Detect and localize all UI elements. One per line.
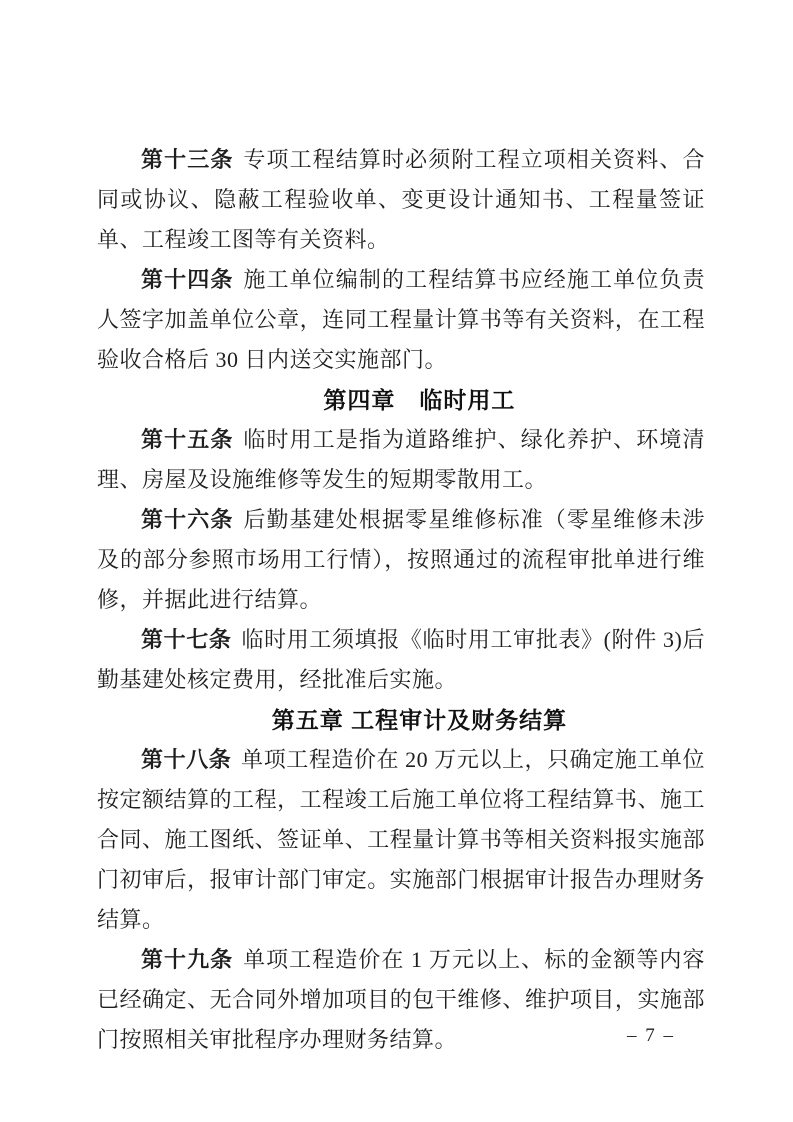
article-19-paragraph: 第十九条单项工程造价在 1 万元以上、标的金额等内容已经确定、无合同外增加项目的…	[97, 940, 705, 1060]
document-page: 第十三条专项工程结算时必须附工程立项相关资料、合同或协议、隐蔽工程验收单、变更设…	[0, 0, 793, 1122]
document-body: 第十三条专项工程结算时必须附工程立项相关资料、合同或协议、隐蔽工程验收单、变更设…	[97, 140, 705, 1060]
article-17-number: 第十七条	[141, 627, 232, 652]
article-14-number: 第十四条	[141, 267, 233, 292]
article-16-number: 第十六条	[141, 507, 233, 532]
page-number: – 7 –	[627, 1023, 675, 1049]
article-14-paragraph: 第十四条施工单位编制的工程结算书应经施工单位负责人签字加盖单位公章，连同工程量计…	[97, 260, 705, 380]
article-13-paragraph: 第十三条专项工程结算时必须附工程立项相关资料、合同或协议、隐蔽工程验收单、变更设…	[97, 140, 705, 260]
article-13-number: 第十三条	[141, 147, 233, 172]
article-17-paragraph: 第十七条临时用工须填报《临时用工审批表》(附件 3)后勤基建处核定费用，经批准后…	[97, 620, 705, 700]
article-18-number: 第十八条	[141, 747, 231, 772]
chapter-5-heading: 第五章 工程审计及财务结算	[97, 700, 705, 740]
article-15-number: 第十五条	[141, 427, 233, 452]
chapter-4-heading: 第四章 临时用工	[97, 380, 705, 420]
article-15-paragraph: 第十五条临时用工是指为道路维护、绿化养护、环境清理、房屋及设施维修等发生的短期零…	[97, 420, 705, 500]
article-18-paragraph: 第十八条单项工程造价在 20 万元以上，只确定施工单位按定额结算的工程，工程竣工…	[97, 740, 705, 940]
article-19-number: 第十九条	[141, 947, 233, 972]
article-18-text: 单项工程造价在 20 万元以上，只确定施工单位按定额结算的工程，工程竣工后施工单…	[97, 747, 705, 932]
article-16-paragraph: 第十六条后勤基建处根据零星维修标准（零星维修未涉及的部分参照市场用工行情），按照…	[97, 500, 705, 620]
